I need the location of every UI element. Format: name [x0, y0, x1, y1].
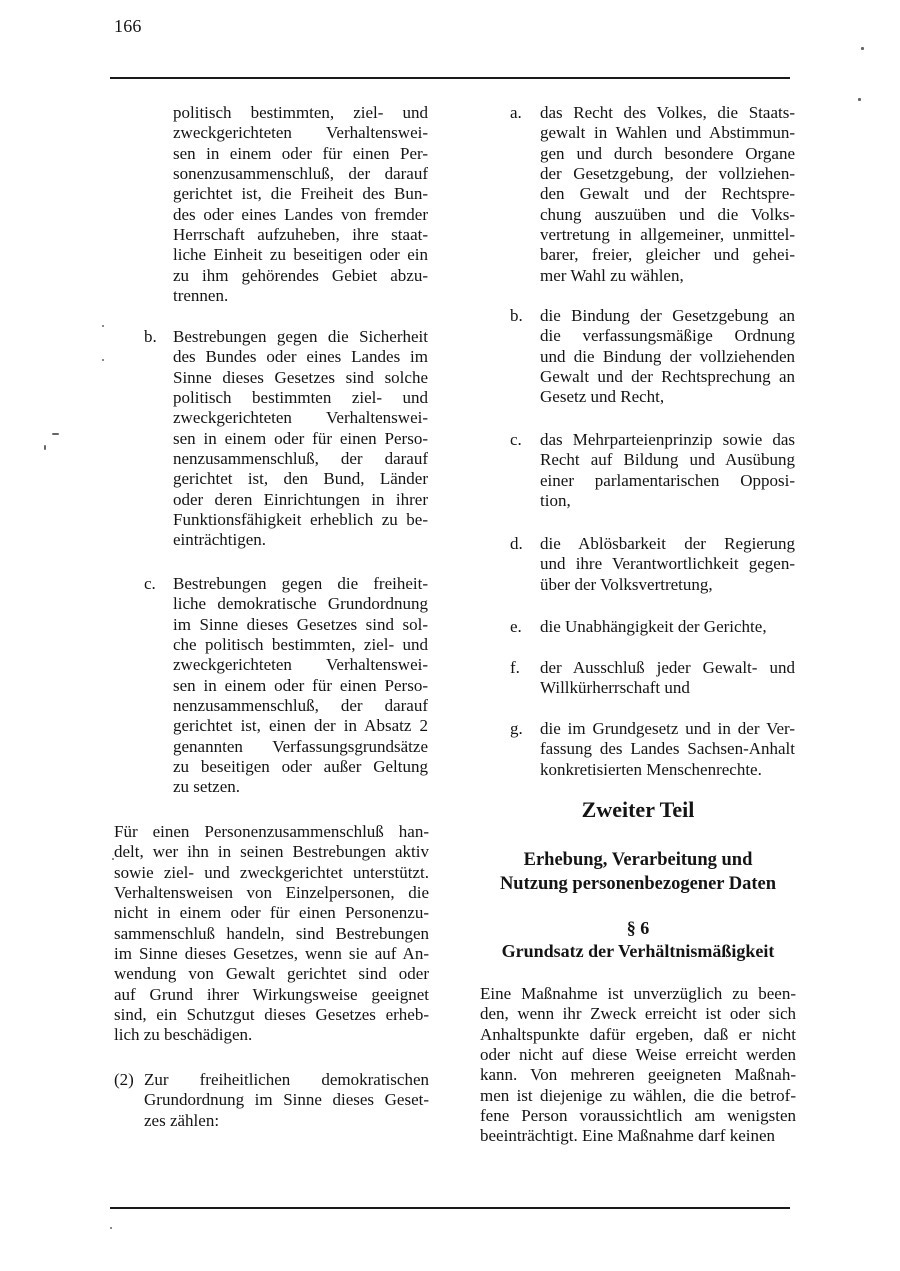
item-label: d.	[510, 534, 523, 554]
text-line: oder deren Einrichtungen in ihrer	[173, 490, 428, 510]
item-label: b.	[510, 306, 523, 326]
footer-rule	[110, 1207, 790, 1209]
text-line: über der Volksvertretung,	[540, 575, 795, 595]
part-heading: Zweiter Teil	[480, 800, 796, 820]
item-body: die im Grundgesetz und in der Ver-fassun…	[540, 719, 795, 780]
item-label: c.	[144, 574, 156, 594]
text-line: gewalt in Wahlen und Abstimmun-	[540, 123, 795, 143]
text-line: Bestrebungen gegen die Sicherheit	[173, 327, 428, 347]
text-line: fassung des Landes Sachsen-Anhalt	[540, 739, 795, 759]
text-line: beeinträchtigt. Eine Maßnahme darf keine…	[480, 1126, 796, 1146]
text-line: lich zu beschädigen.	[114, 1025, 429, 1045]
text-line: sen in einem oder für einen Perso-	[173, 676, 428, 696]
header-rule	[110, 77, 790, 79]
text-line: die Unabhängigkeit der Gerichte,	[540, 617, 795, 637]
item-label: c.	[510, 430, 522, 450]
text-line: zweckgerichteten Verhaltenswei-	[173, 408, 428, 428]
item-label: a.	[510, 103, 522, 123]
text-line: gerichtet ist, den Bund, Länder	[173, 469, 428, 489]
text-line: und die Bindung der vollziehenden	[540, 347, 795, 367]
scan-speck	[112, 858, 114, 860]
item-label: f.	[510, 658, 520, 678]
item-body: Bestrebungen gegen die Sicherheitdes Bun…	[173, 327, 428, 551]
text-line: Sinne dieses Gesetzes sind solche	[173, 368, 428, 388]
text-line: sind, ein Schutzgut dieses Gesetzes erhe…	[114, 1005, 429, 1025]
text-line: im Sinne dieses Gesetzes sind sol-	[173, 615, 428, 635]
text-line: delt, wer ihn in seinen Bestrebungen akt…	[114, 842, 429, 862]
text-line: die Ablösbarkeit der Regierung	[540, 534, 795, 554]
text-line: Grundordnung im Sinne dieses Geset-	[144, 1090, 429, 1110]
text-line: zu beseitigen oder außer Geltung	[173, 757, 428, 777]
scan-speck	[861, 47, 864, 50]
text-line: und ihre Verantwortlichkeit gegen-	[540, 554, 795, 574]
part-subtitle: Erhebung, Verarbeitung undNutzung person…	[470, 848, 806, 896]
item-body: die Bindung der Gesetzgebung andie verfa…	[540, 306, 795, 408]
scan-speck	[110, 1227, 112, 1229]
item-label: e.	[510, 617, 522, 637]
text-line: die verfassungsmäßige Ordnung	[540, 326, 795, 346]
text-line: gerichtet ist, die Freiheit des Bun-	[173, 184, 428, 204]
left-continuation: politisch bestimmten, ziel- undzweckgeri…	[173, 103, 428, 306]
text-line: che politisch bestimmten, ziel- und	[173, 635, 428, 655]
section-number: § 6	[480, 918, 796, 939]
text-line: vertretung in allgemeiner, unmittel-	[540, 225, 795, 245]
text-line: den, wenn ihr Zweck erreicht ist oder si…	[480, 1004, 796, 1024]
text-line: zweckgerichteten Verhaltenswei-	[173, 123, 428, 143]
text-line: Willkürherrschaft und	[540, 678, 795, 698]
text-line: trennen.	[173, 286, 428, 306]
scan-speck	[858, 98, 861, 101]
text-line: der Ausschluß jeder Gewalt- und	[540, 658, 795, 678]
item-label: g.	[510, 719, 523, 739]
text-line: liche Einheit zu beseitigen oder ein	[173, 245, 428, 265]
subsection-label: (2)	[114, 1070, 134, 1090]
text-line: Für einen Personenzusammenschluß han-	[114, 822, 429, 842]
text-line: oder nicht auf diese Weise erreicht werd…	[480, 1045, 796, 1065]
item-body: die Unabhängigkeit der Gerichte,	[540, 617, 795, 637]
text-line: einträchtigen.	[173, 530, 428, 550]
subsection-body: Zur freiheitlichen demokratischenGrundor…	[144, 1070, 429, 1131]
text-line: politisch bestimmten ziel- und	[173, 388, 428, 408]
item-body: das Mehrparteienprinzip sowie dasRecht a…	[540, 430, 795, 511]
text-line: chung auszuüben und die Volks-	[540, 205, 795, 225]
scan-speck	[52, 433, 59, 435]
section-title: Grundsatz der Verhältnismäßigkeit	[470, 941, 806, 962]
text-line: zweckgerichteten Verhaltenswei-	[173, 655, 428, 675]
scan-speck	[44, 445, 46, 450]
item-label: b.	[144, 327, 157, 347]
text-line: auf Grund ihrer Wirkungsweise geeignet	[114, 985, 429, 1005]
text-line: wendung von Gewalt gerichtet sind oder	[114, 964, 429, 984]
text-line: Funktionsfähigkeit erheblich zu be-	[173, 510, 428, 530]
text-line: Gewalt und der Rechtsprechung an	[540, 367, 795, 387]
text-line: nicht in einem oder für einen Personenzu…	[114, 903, 429, 923]
text-line: Gesetz und Recht,	[540, 387, 795, 407]
text-line: fene Person voraussichtlich am wenigsten	[480, 1106, 796, 1126]
text-line: des oder eines Landes von fremder	[173, 205, 428, 225]
text-line: einer parlamentarischen Opposi-	[540, 471, 795, 491]
item-body: der Ausschluß jeder Gewalt- undWillkürhe…	[540, 658, 795, 699]
text-line: sen in einem oder für einen Perso-	[173, 429, 428, 449]
text-line: Eine Maßnahme ist unverzüglich zu been-	[480, 984, 796, 1004]
text-line: im Sinne dieses Gesetzes, wenn sie auf A…	[114, 944, 429, 964]
text-line: gerichtet ist, einen der in Absatz 2	[173, 716, 428, 736]
item-body: das Recht des Volkes, die Staats-gewalt …	[540, 103, 795, 286]
text-line: tion,	[540, 491, 795, 511]
text-line: die im Grundgesetz und in der Ver-	[540, 719, 795, 739]
text-line: zu ihm gehörendes Gebiet abzu-	[173, 266, 428, 286]
text-line: Recht auf Bildung und Ausübung	[540, 450, 795, 470]
item-body: die Ablösbarkeit der Regierungund ihre V…	[540, 534, 795, 595]
text-line: Erhebung, Verarbeitung und	[470, 848, 806, 872]
text-line: Herrschaft aufzuheben, ihre staat-	[173, 225, 428, 245]
text-line: zu setzen.	[173, 777, 428, 797]
text-line: Nutzung personenbezogener Daten	[470, 872, 806, 896]
text-line: Verhaltensweisen von Einzelpersonen, die	[114, 883, 429, 903]
text-line: Zur freiheitlichen demokratischen	[144, 1070, 429, 1090]
text-line: Bestrebungen gegen die freiheit-	[173, 574, 428, 594]
text-line: liche demokratische Grundordnung	[173, 594, 428, 614]
text-line: die Bindung der Gesetzgebung an	[540, 306, 795, 326]
text-line: das Recht des Volkes, die Staats-	[540, 103, 795, 123]
text-line: barer, freier, gleicher und gehei-	[540, 245, 795, 265]
text-line: men ist diejenige zu wählen, die die bet…	[480, 1086, 796, 1106]
text-line: das Mehrparteienprinzip sowie das	[540, 430, 795, 450]
text-line: zes zählen:	[144, 1111, 429, 1131]
text-line: des Bundes oder eines Landes im	[173, 347, 428, 367]
text-line: sowie ziel- und zweckgerichtet unterstüt…	[114, 863, 429, 883]
page-number: 166	[114, 16, 142, 36]
text-line: der Gesetzgebung, der vollziehen-	[540, 164, 795, 184]
text-line: politisch bestimmten, ziel- und	[173, 103, 428, 123]
text-line: mer Wahl zu wählen,	[540, 266, 795, 286]
section-text: Eine Maßnahme ist unverzüglich zu been-d…	[480, 984, 796, 1147]
left-paragraph: Für einen Personenzusammenschluß han-del…	[114, 822, 429, 1046]
text-line: konkretisierten Menschenrechte.	[540, 760, 795, 780]
text-line: kann. Von mehreren geeigneten Maßnah-	[480, 1065, 796, 1085]
scan-speck	[102, 359, 104, 361]
text-line: sammenschluß handeln, sind Bestrebungen	[114, 924, 429, 944]
text-line: Anhaltspunkte dafür ergeben, daß er nich…	[480, 1025, 796, 1045]
text-line: nenzusammenschluß, der darauf	[173, 449, 428, 469]
text-line: sonenzusammenschluß, der darauf	[173, 164, 428, 184]
text-line: sen in einem oder für einen Per-	[173, 144, 428, 164]
item-body: Bestrebungen gegen die freiheit-liche de…	[173, 574, 428, 798]
text-line: den Gewalt und der Rechtspre-	[540, 184, 795, 204]
text-line: nenzusammenschluß, der darauf	[173, 696, 428, 716]
text-line: genannten Verfassungsgrundsätze	[173, 737, 428, 757]
scan-speck	[102, 325, 104, 327]
text-line: gen und durch besondere Organe	[540, 144, 795, 164]
